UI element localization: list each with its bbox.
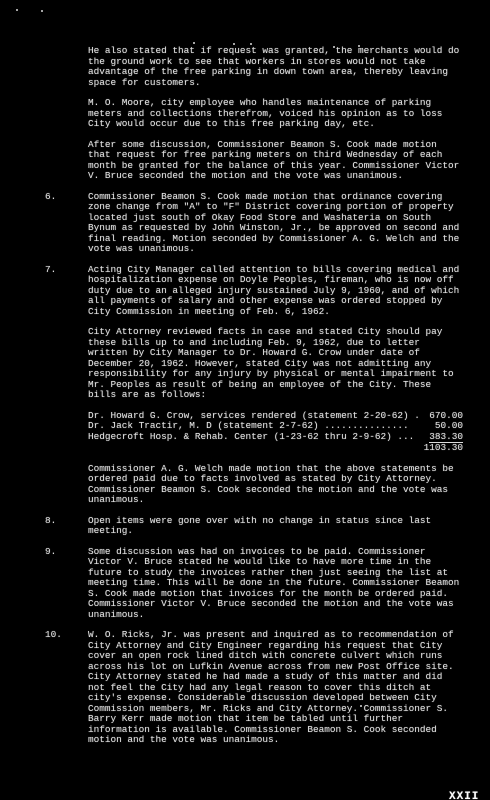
agenda-item-6: 6. Commissioner Beamon S. Cook made moti… <box>45 192 463 255</box>
item-paragraph: Open items were gone over with no change… <box>88 516 463 537</box>
scan-noise-dot <box>16 9 18 11</box>
scan-noise-dot <box>193 42 195 44</box>
item-body: Some discussion was had on invoices to b… <box>88 547 463 621</box>
bill-row: Hedgecroft Hosp. & Rehab. Center (1-23-6… <box>88 432 463 444</box>
item-paragraph: Commissioner Beamon S. Cook made motion … <box>88 192 463 255</box>
item-paragraph: Some discussion was had on invoices to b… <box>88 547 463 621</box>
bill-description: Hedgecroft Hosp. & Rehab. Center (1-23-6… <box>88 432 414 444</box>
item-number: 9. <box>45 547 88 621</box>
item-body: W. O. Ricks, Jr. was present and inquire… <box>88 630 463 746</box>
intro-paragraph-merchants: He also stated that if request was grant… <box>88 46 463 88</box>
item-paragraph: Commissioner A. G. Welch made motion tha… <box>88 464 463 506</box>
agenda-item-7: 7. Acting City Manager called attention … <box>45 265 463 506</box>
item-body: Open items were gone over with no change… <box>88 516 463 537</box>
item-number: 6. <box>45 192 88 255</box>
item-body: Commissioner Beamon S. Cook made motion … <box>88 192 463 255</box>
item-number: 8. <box>45 516 88 537</box>
item-paragraph: Acting City Manager called attention to … <box>88 265 463 318</box>
item-body: Acting City Manager called attention to … <box>88 265 463 506</box>
corner-page-mark: XXII <box>449 791 479 800</box>
bill-description: Dr. Jack Tractir, M. D (statement 2-7-62… <box>88 421 409 432</box>
scan-noise-dot <box>41 10 43 12</box>
bill-amount: 50.00 <box>435 421 463 432</box>
agenda-item-8: 8. Open items were gone over with no cha… <box>45 516 463 537</box>
intro-paragraph-motion-parking: After some discussion, Commissioner Beam… <box>88 140 463 182</box>
item-paragraph: City Attorney reviewed facts in case and… <box>88 327 463 401</box>
agenda-item-9: 9. Some discussion was had on invoices t… <box>45 547 463 621</box>
minutes-content: He also stated that if request was grant… <box>45 46 463 756</box>
bills-list: Dr. Howard G. Crow, services rendered (s… <box>88 411 463 454</box>
bill-row: Dr. Jack Tractir, M. D (statement 2-7-62… <box>88 421 463 432</box>
bills-total: 1103.30 <box>88 443 463 454</box>
item-paragraph: W. O. Ricks, Jr. was present and inquire… <box>88 630 463 746</box>
agenda-item-10: 10. W. O. Ricks, Jr. was present and inq… <box>45 630 463 746</box>
intro-paragraph-moore: M. O. Moore, city employee who handles m… <box>88 98 463 130</box>
bills-total-amount: 1103.30 <box>424 442 463 453</box>
item-number: 10. <box>45 630 88 746</box>
scanned-minutes-page: He also stated that if request was grant… <box>0 0 490 800</box>
item-number: 7. <box>45 265 88 506</box>
